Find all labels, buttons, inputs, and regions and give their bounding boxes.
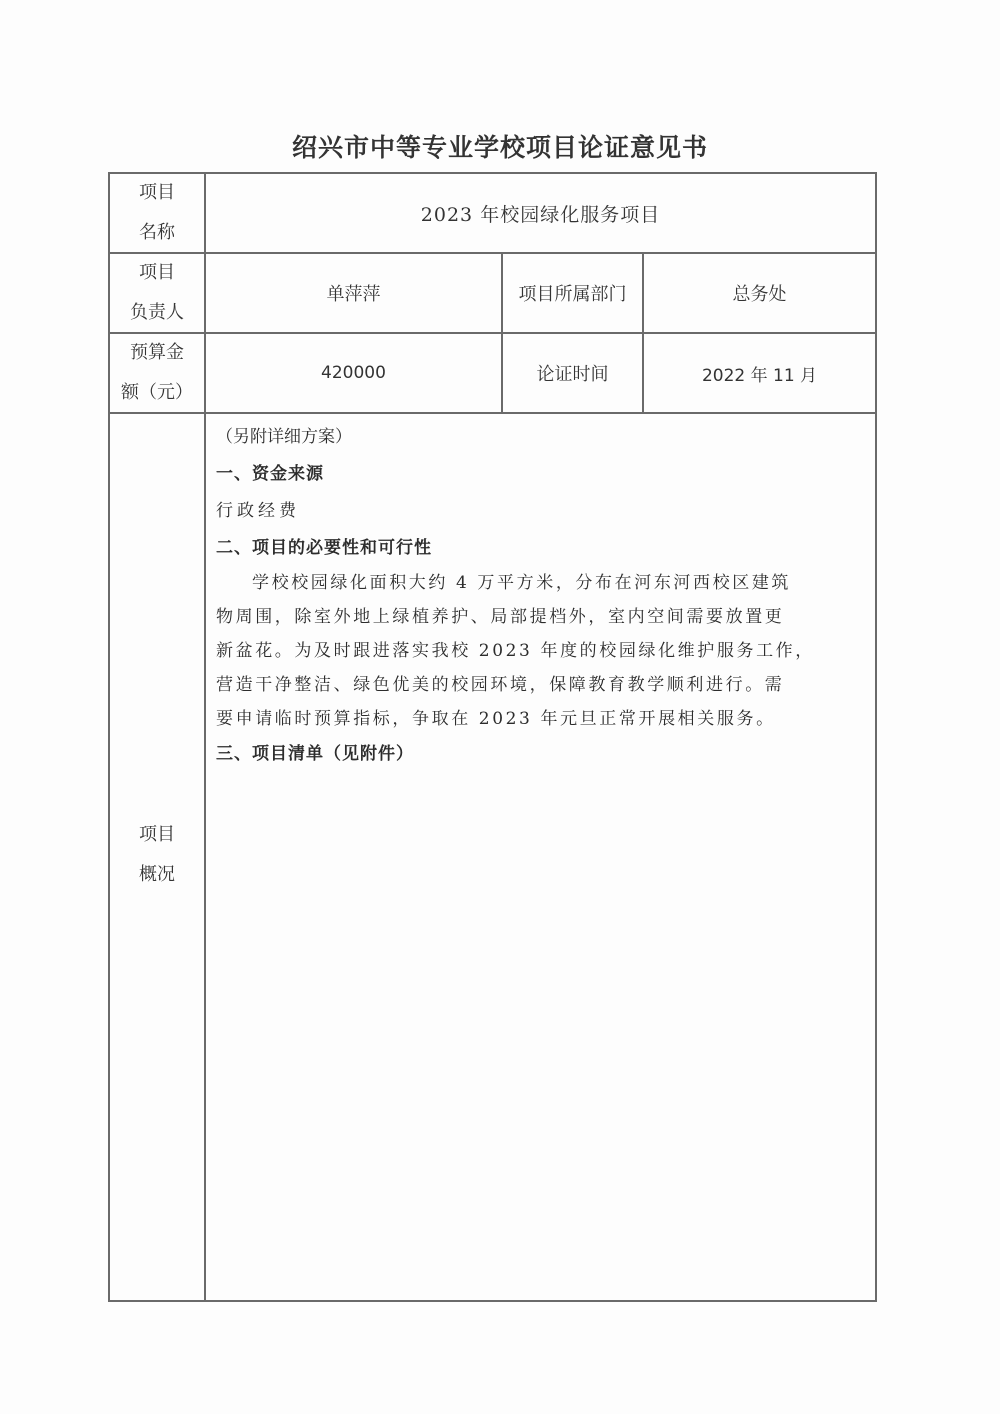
budget-value: 420000 xyxy=(206,334,501,412)
label-line: 项目 xyxy=(139,815,175,855)
project-overview-content: （另附详细方案） 一、资金来源 行政经费 二、项目的必要性和可行性 学校校园绿化… xyxy=(216,418,866,772)
project-name-label: 项目 名称 xyxy=(110,174,204,252)
label-line: 项目 xyxy=(139,253,175,293)
section-heading-funding: 一、资金来源 xyxy=(216,456,866,492)
necessity-paragraph: 学校校园绿化面积大约 4 万平方米，分布在河东河西校区建筑 物周围，除室外地上绿… xyxy=(216,566,864,736)
project-name-value: 2023 年校园绿化服务项目 xyxy=(206,174,875,252)
paragraph-line: 新盆花。为及时跟进落实我校 2023 年度的校园绿化维护服务工作， xyxy=(216,634,864,668)
funding-source-text: 行政经费 xyxy=(216,492,866,530)
paragraph-line: 物周围，除室外地上绿植养护、局部提档外，室内空间需要放置更 xyxy=(216,600,864,634)
section-heading-item-list: 三、项目清单（见附件） xyxy=(216,736,866,772)
label-line: 额（元） xyxy=(121,373,193,413)
label-line: 名称 xyxy=(139,213,175,253)
budget-label: 预算金 额（元） xyxy=(110,334,204,412)
project-owner-label: 项目 负责人 xyxy=(110,254,204,332)
section-heading-necessity: 二、项目的必要性和可行性 xyxy=(216,530,866,566)
paragraph-line: 要申请临时预算指标，争取在 2023 年元旦正常开展相关服务。 xyxy=(216,702,864,736)
table-border-right xyxy=(875,172,877,1302)
label-line: 项目 xyxy=(139,173,175,213)
label-line: 预算金 xyxy=(130,333,184,373)
attachment-note: （另附详细方案） xyxy=(216,418,866,456)
table-row-divider xyxy=(108,412,877,414)
paragraph-line: 学校校园绿化面积大约 4 万平方米，分布在河东河西校区建筑 xyxy=(216,566,864,600)
paragraph-line: 营造干净整洁、绿色优美的校园环境，保障教育教学顺利进行。需 xyxy=(216,668,864,702)
evaluation-time-value: 2022 年 11 月 xyxy=(644,334,875,412)
table-border-bottom xyxy=(108,1300,877,1302)
department-value: 总务处 xyxy=(644,254,875,332)
project-overview-label: 项目 概况 xyxy=(110,815,204,895)
evaluation-time-label: 论证时间 xyxy=(503,334,642,412)
project-owner-value: 单萍萍 xyxy=(206,254,501,332)
label-line: 概况 xyxy=(139,855,175,895)
department-label: 项目所属部门 xyxy=(503,254,642,332)
document-title: 绍兴市中等专业学校项目论证意见书 xyxy=(0,128,1000,164)
label-line: 负责人 xyxy=(130,293,184,333)
